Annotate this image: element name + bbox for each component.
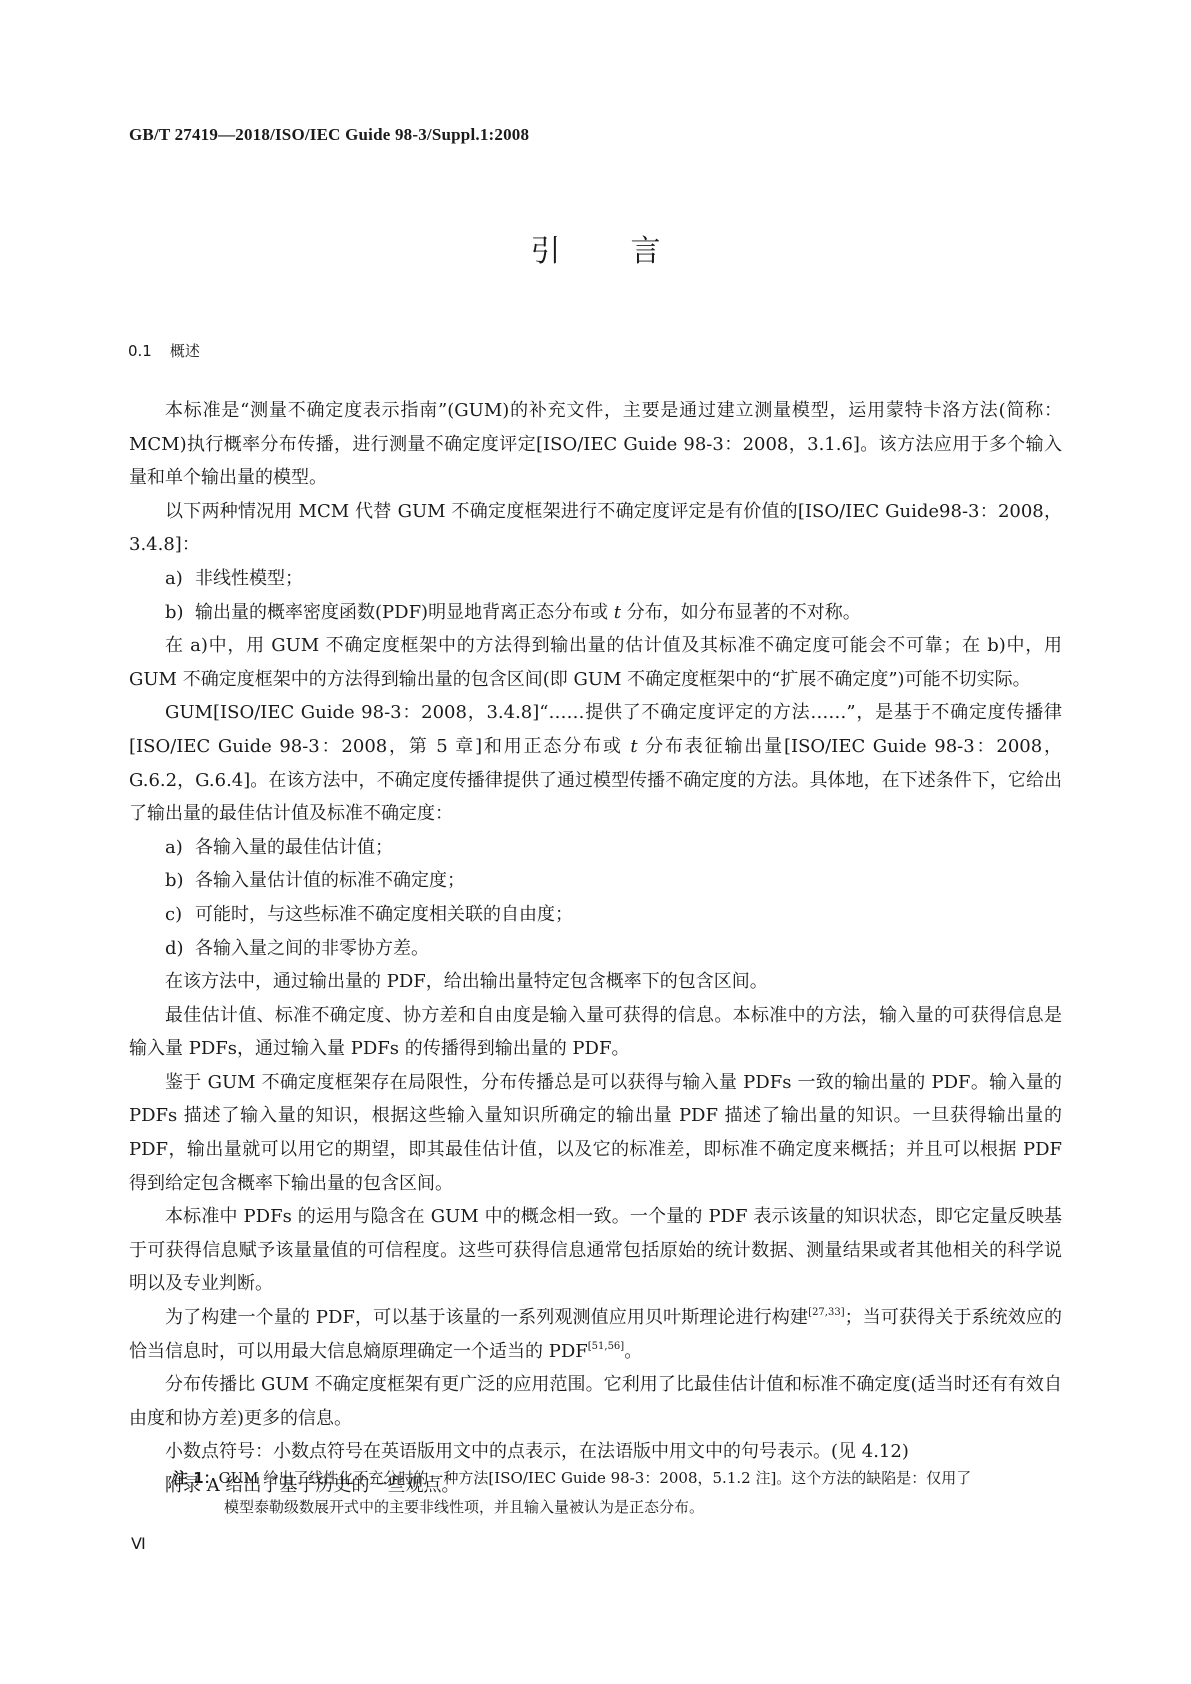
list-text: 输出量的概率密度函数(PDF)明显地背离正态分布或 [195, 602, 614, 623]
italic-t: t [614, 602, 621, 623]
italic-t: t [630, 736, 637, 757]
list-marker: c) [165, 898, 195, 932]
list-text: 各输入量的最佳估计值； [195, 837, 393, 858]
paragraph-8: 本标准中 PDFs 的运用与隐含在 GUM 中的概念相一致。一个量的 PDF 表… [129, 1200, 1062, 1301]
body-text: 本标准是“测量不确定度表示指南”(GUM)的补充文件，主要是通过建立测量模型，运… [129, 394, 1062, 1503]
note-line-1: 注 1：GUM 给出了线性化不充分时的一种方法[ISO/IEC Guide 98… [173, 1464, 1063, 1493]
paragraph-4: GUM[ISO/IEC Guide 98-3：2008，3.4.8]“……提供了… [129, 696, 1062, 830]
list-marker: a) [165, 831, 195, 865]
section-heading: 0.1概述 [128, 340, 200, 361]
note-line-2: 模型泰勒级数展开式中的主要非线性项，并且输入量被认为是正态分布。 [173, 1493, 1063, 1522]
paragraph-9-text: 为了构建一个量的 PDF，可以基于该量的一系列观测值应用贝叶斯理论进行构建 [165, 1307, 808, 1328]
paragraph-5: 在该方法中，通过输出量的 PDF，给出输出量特定包含概率下的包含区间。 [129, 965, 1062, 999]
list-text: 各输入量之间的非零协方差。 [195, 938, 429, 959]
paragraph-6: 最佳估计值、标准不确定度、协方差和自由度是输入量可获得的信息。本标准中的方法，输… [129, 999, 1062, 1066]
list-marker: a) [165, 562, 195, 596]
standard-identifier: GB/T 27419—2018/ISO/IEC Guide 98-3/Suppl… [129, 125, 529, 145]
list-item: b)各输入量估计值的标准不确定度； [129, 864, 1062, 898]
page-number: Ⅵ [131, 1534, 146, 1554]
list-marker: d) [165, 932, 195, 966]
list-item: b)输出量的概率密度函数(PDF)明显地背离正态分布或 t 分布，如分布显著的不… [129, 596, 1062, 630]
paragraph-9: 为了构建一个量的 PDF，可以基于该量的一系列观测值应用贝叶斯理论进行构建[27… [129, 1301, 1062, 1368]
list-text: 可能时，与这些标准不确定度相关联的自由度； [195, 904, 573, 925]
note: 注 1：GUM 给出了线性化不充分时的一种方法[ISO/IEC Guide 98… [173, 1464, 1063, 1522]
paragraph-1: 本标准是“测量不确定度表示指南”(GUM)的补充文件，主要是通过建立测量模型，运… [129, 394, 1062, 495]
list-marker: b) [165, 864, 195, 898]
section-number: 0.1 [128, 342, 152, 360]
paragraph-7: 鉴于 GUM 不确定度框架存在局限性，分布传播总是可以获得与输入量 PDFs 一… [129, 1066, 1062, 1200]
list-item: a)各输入量的最佳估计值； [129, 831, 1062, 865]
paragraph-10: 分布传播比 GUM 不确定度框架有更广泛的应用范围。它利用了比最佳估计值和标准不… [129, 1368, 1062, 1435]
document-page: GB/T 27419—2018/ISO/IEC Guide 98-3/Suppl… [0, 0, 1191, 1684]
list-text: 各输入量估计值的标准不确定度； [195, 870, 465, 891]
list-text: 分布，如分布显著的不对称。 [621, 602, 861, 623]
list-item: d)各输入量之间的非零协方差。 [129, 932, 1062, 966]
note-text: GUM 给出了线性化不充分时的一种方法[ISO/IEC Guide 98-3：2… [219, 1469, 972, 1487]
page-title: 引言 [0, 226, 1191, 270]
citation-ref: [51,56] [588, 1341, 624, 1352]
list-text: 非线性模型； [195, 568, 303, 589]
list-item: c)可能时，与这些标准不确定度相关联的自由度； [129, 898, 1062, 932]
list-item: a)非线性模型； [129, 562, 1062, 596]
citation-ref: [27,33] [808, 1307, 844, 1318]
title-char-2: 言 [631, 226, 661, 270]
title-char-1: 引 [531, 226, 561, 270]
paragraph-9-text: 。 [624, 1341, 642, 1362]
note-label: 注 1： [173, 1469, 219, 1487]
list-marker: b) [165, 596, 195, 630]
paragraph-2: 以下两种情况用 MCM 代替 GUM 不确定度框架进行不确定度评定是有价值的[I… [129, 495, 1062, 562]
section-title: 概述 [170, 342, 200, 360]
paragraph-3: 在 a)中，用 GUM 不确定度框架中的方法得到输出量的估计值及其标准不确定度可… [129, 629, 1062, 696]
